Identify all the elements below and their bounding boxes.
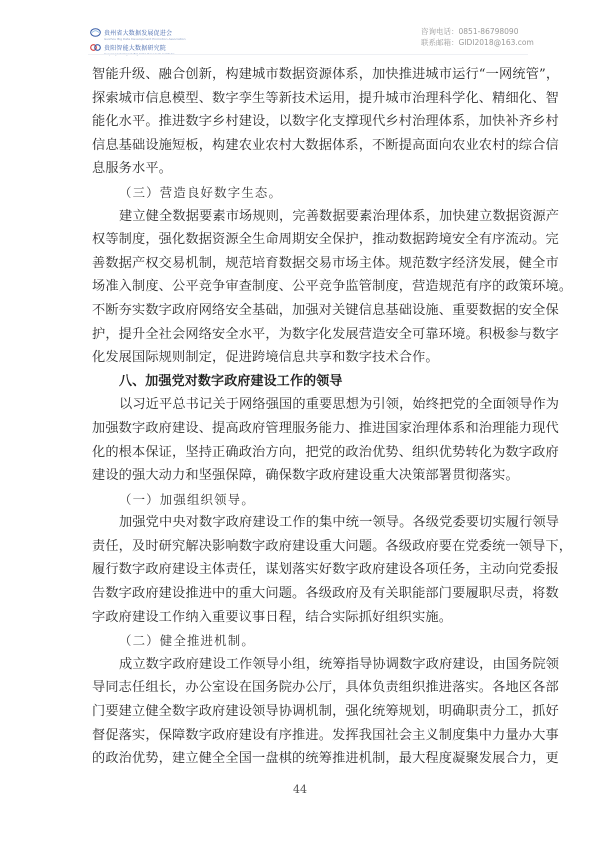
paragraph-start-line: 加强党中央对数字政府建设工作的集中统一领导。各级党委要切实履行领导 <box>92 511 526 535</box>
text-line: 探索城市信息模型、数字孪生等新技术运用，提升城市治理科学化、精细化、智 <box>92 87 526 111</box>
page-number: 44 <box>0 783 600 796</box>
text-line: 不断夯实数字政府网络安全基础，加强对关键信息基础设施、重要数据的安全保 <box>92 299 526 323</box>
text-line: 建设的强大动力和坚强保障，确保数字政府建设重大决策部署贯彻落实。 <box>92 464 526 488</box>
text-line: 导同志任组长，办公室设在国务院办公厅，具体负责组织推进落实。各地区各部 <box>92 676 526 700</box>
text-line: 字政府建设工作纳入重要议事日程，结合实际抓好组织实施。 <box>92 606 526 630</box>
text-line: 能化水平。推进数字乡村建设，以数字化支撑现代乡村治理体系，加快补齐乡村 <box>92 110 526 134</box>
phone-value: 0851-86798090 <box>459 27 519 36</box>
text-line: 的政治优势，建立健全全国一盘棋的统筹推进机制，最大程度凝聚发展合力，更 <box>92 747 526 771</box>
email-label: 联系邮箱： <box>421 38 459 47</box>
text-line: 场准入制度、公平竞争审查制度、公平竞争监管制度，营造规范有序的政策环境。 <box>92 275 526 299</box>
association-logo-icon <box>90 28 101 37</box>
text-line: 告数字政府建设推进中的重大问题。各级政府及有关职能部门要履职尽责，将数 <box>92 582 526 606</box>
text-line: 督促落实，保障数字政府建设有序推进。发挥我国社会主义制度集中力量办大事 <box>92 724 526 748</box>
text-line: 履行数字政府建设主体责任，谋划落实好数字政府建设各项任务，主动向党委报 <box>92 558 526 582</box>
phone-label: 咨询电话： <box>421 27 459 36</box>
text-line: 善数据产权交易机制，规范培育数据交易市场主体。规范数字经济发展，健全市 <box>92 252 526 276</box>
contact-phone: 咨询电话：0851-86798090 <box>421 26 534 37</box>
text-line: 加强数字政府建设、提高政府管理服务能力、推进国家治理体系和治理能力现代 <box>92 417 526 441</box>
text-line: 门要建立健全数字政府建设领导协调机制，强化统筹规划，明确职责分工，抓好 <box>92 700 526 724</box>
paragraph-start-line: 以习近平总书记关于网络强国的重要思想为引领，始终把党的全面领导作为 <box>92 393 526 417</box>
institute-logo-icon <box>90 43 101 52</box>
text-line: 息服务水平。 <box>92 157 526 181</box>
subsection-heading: （一）加强组织领导。 <box>92 488 526 512</box>
contact-info: 咨询电话：0851-86798090 联系邮箱：GIDI2018@163.com <box>421 26 534 48</box>
page-header: 贵州省大数据发展促进会 Guizhou Big Data Development… <box>0 0 600 56</box>
paragraph-start-line: 建立健全数据要素市场规则，完善数据要素治理体系，加快建立数据资源产 <box>92 205 526 229</box>
institute-name: 贵阳智能大数据研究院 <box>104 43 166 52</box>
logo-block: 贵州省大数据发展促进会 Guizhou Big Data Development… <box>90 26 230 56</box>
text-line: 化发展国际规则制定，促进跨境信息共享和数字技术合作。 <box>92 346 526 370</box>
text-line: 护，提升全社会网络安全水平，为数字化发展营造安全可靠环境。积极参与数字 <box>92 323 526 347</box>
document-body: 智能升级、融合创新，构建城市数据资源体系，加快推进城市运行“一网统管”，探索城市… <box>92 63 526 771</box>
text-line: 权等制度，强化数据资源全生命周期安全保护，推动数据跨境安全有序流动。完 <box>92 228 526 252</box>
text-line: 化的根本保证，坚持正确政治方向，把党的政治优势、组织优势转化为数字政府 <box>92 441 526 465</box>
email-value: GIDI2018@163.com <box>459 38 534 47</box>
text-line: 责任，及时研究解决影响数字政府建设重大问题。各级政府要在党委统一领导下， <box>92 535 526 559</box>
contact-email: 联系邮箱：GIDI2018@163.com <box>421 37 534 48</box>
association-name: 贵州省大数据发展促进会 <box>104 28 172 37</box>
text-line: 信息基础设施短板，构建农业农村大数据体系，不断提高面向农业农村的综合信 <box>92 134 526 158</box>
subsection-heading: （二）健全推进机制。 <box>92 629 526 653</box>
subsection-heading: （三）营造良好数字生态。 <box>92 181 526 205</box>
section-heading: 八、加强党对数字政府建设工作的领导 <box>92 370 526 394</box>
header-divider <box>88 54 528 55</box>
paragraph-start-line: 成立数字政府建设工作领导小组，统筹指导协调数字政府建设，由国务院领 <box>92 653 526 677</box>
text-line: 智能升级、融合创新，构建城市数据资源体系，加快推进城市运行“一网统管”， <box>92 63 526 87</box>
